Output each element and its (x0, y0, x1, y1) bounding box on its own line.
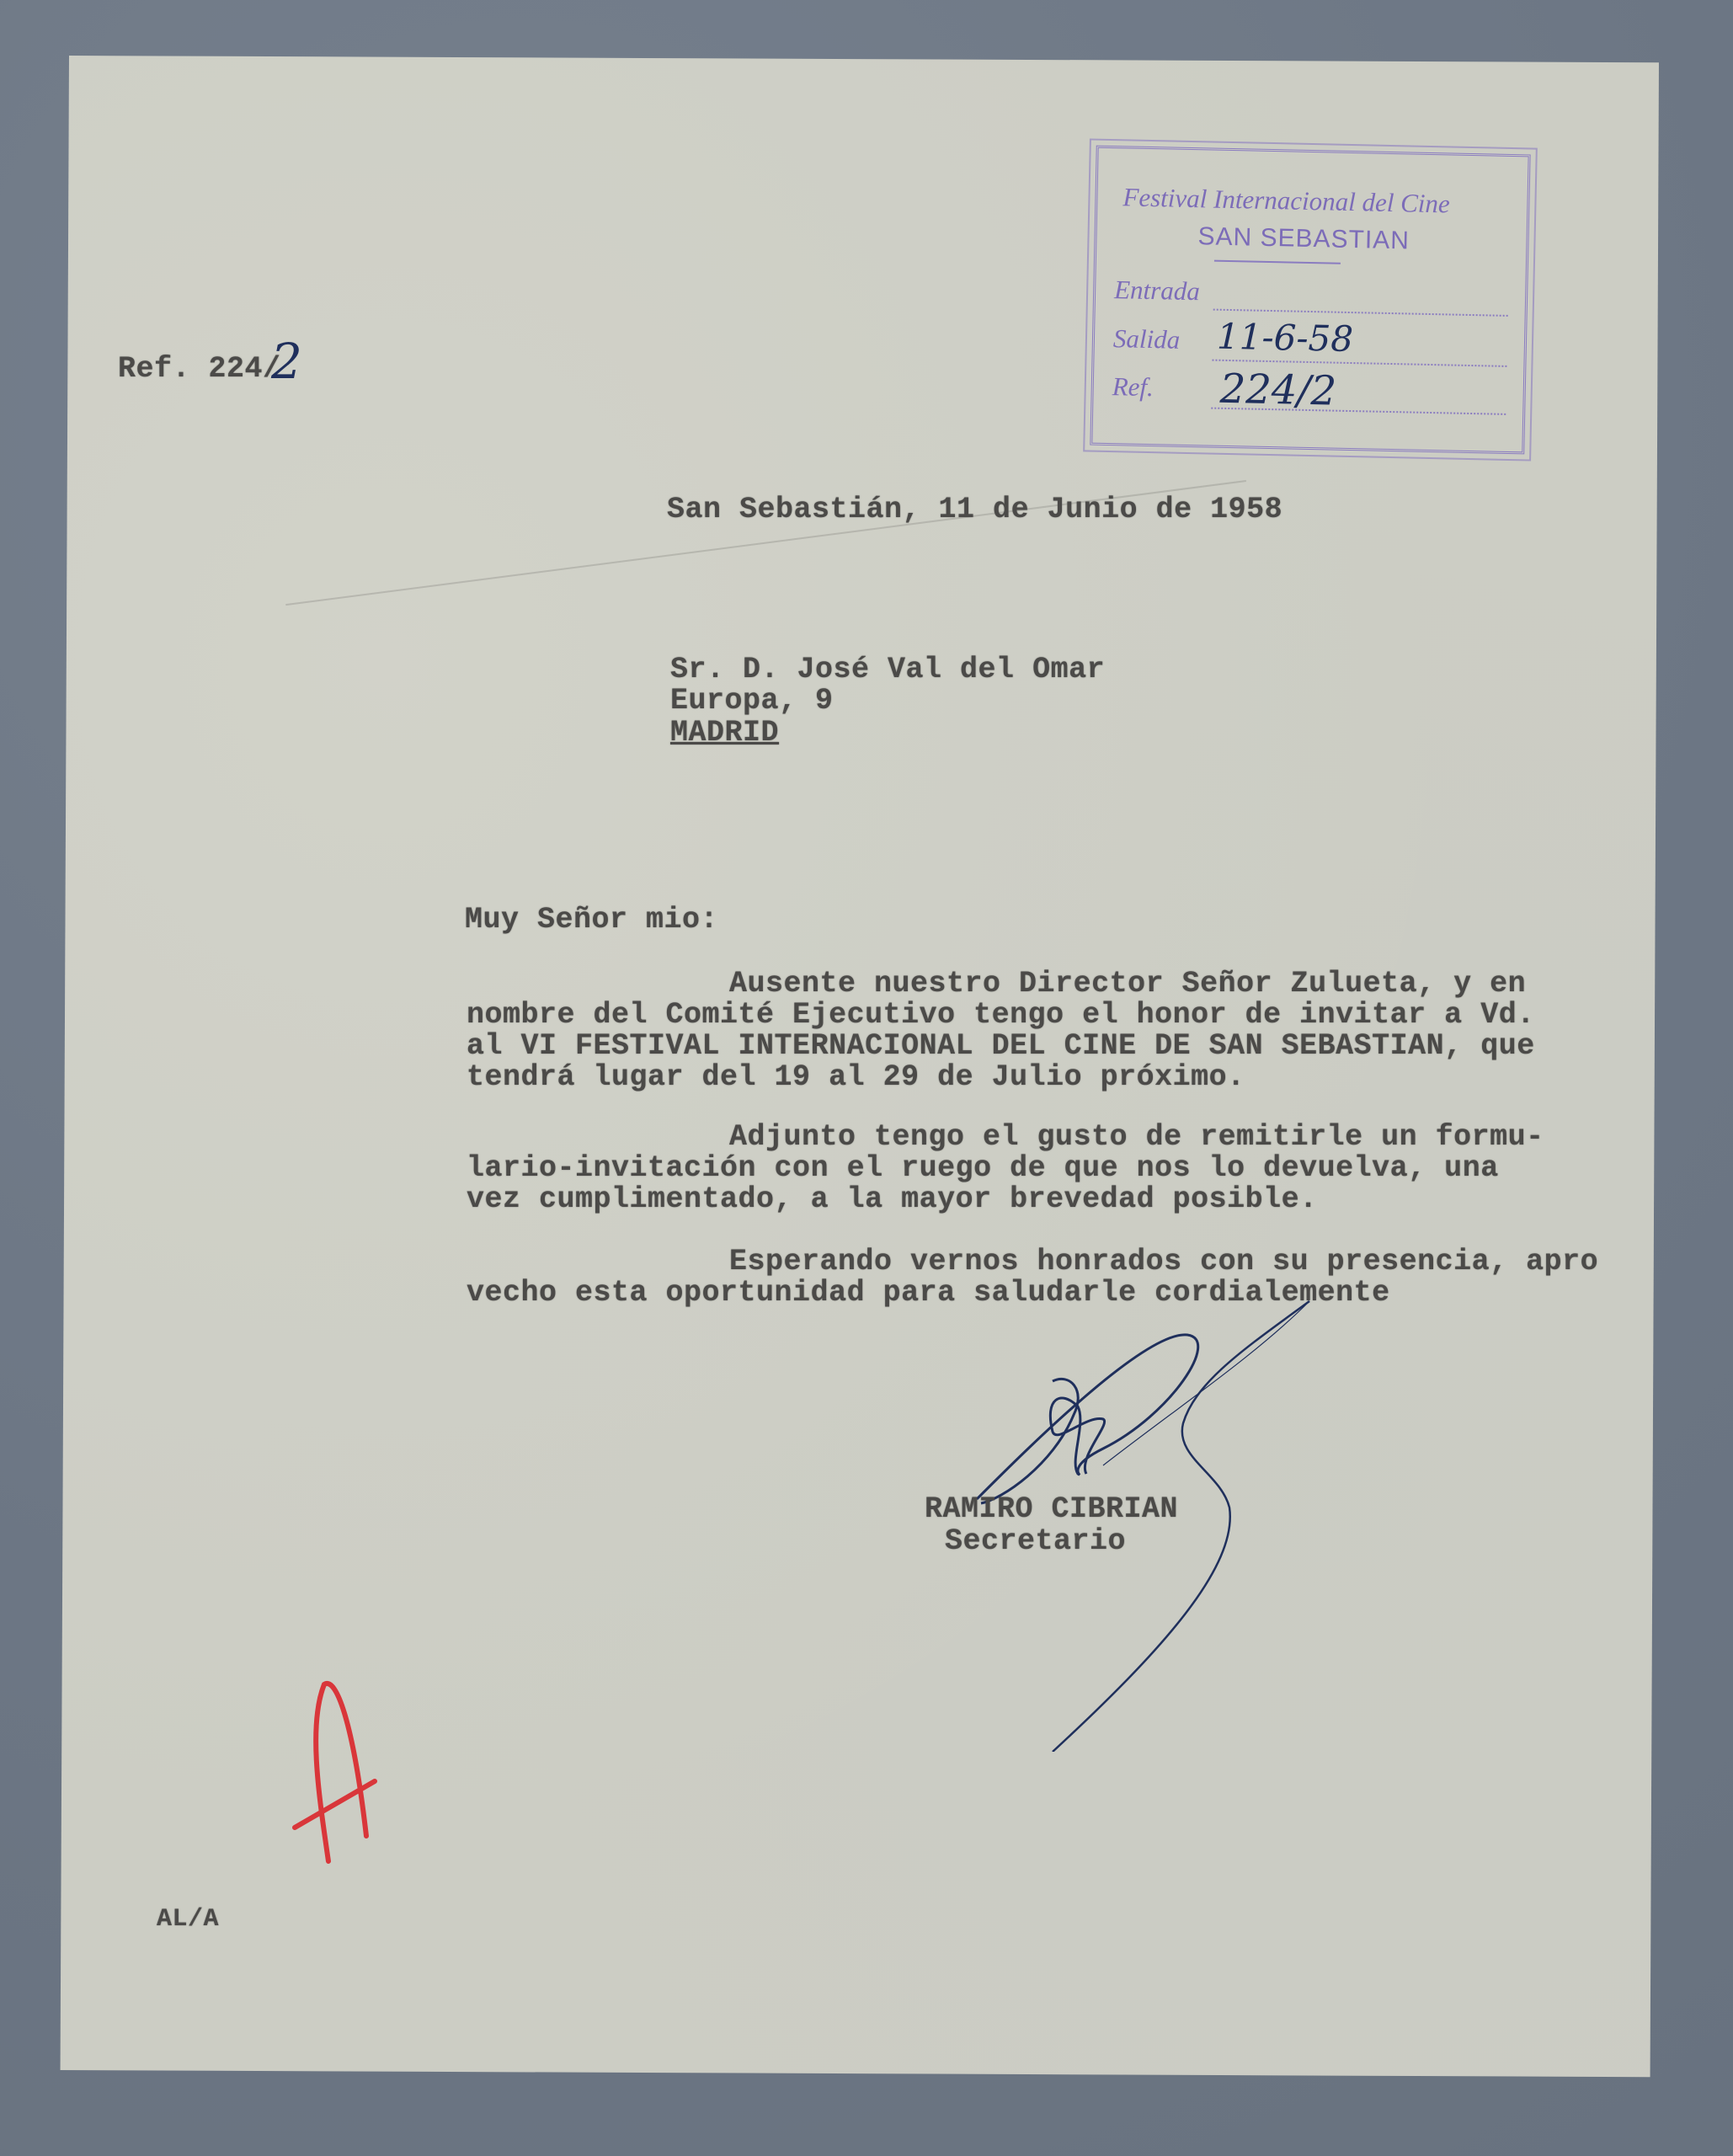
paragraph-2-line-1: Adjunto tengo el gusto de remitirle un f… (729, 1120, 1544, 1154)
stamp-festival-name: Festival Internacional del Cine (1122, 182, 1450, 219)
paragraph-1-line-1: Ausente nuestro Director Señor Zulueta, … (729, 967, 1526, 1001)
reference-number: Ref. 224/ (118, 352, 281, 386)
paragraph-1-line-3: al VI FESTIVAL INTERNACIONAL DEL CINE DE… (467, 1029, 1535, 1063)
recipient-street: Europa, 9 (670, 684, 834, 718)
paragraph-1-line-4: tendrá lugar del 19 al 29 de Julio próxi… (467, 1060, 1245, 1094)
date-line: San Sebastián, 11 de Junio de 1958 (667, 493, 1282, 526)
signatory-title: Secretario (945, 1524, 1126, 1558)
stamp-salida-value: 11-6-58 (1217, 316, 1354, 360)
salutation: Muy Señor mio: (465, 903, 718, 937)
signatory-name: RAMIRO CIBRIAN (925, 1492, 1178, 1526)
paragraph-2-line-2: lario-invitación con el ruego de que nos… (467, 1151, 1499, 1185)
stamp-ref-value: 224/2 (1219, 366, 1336, 415)
stamp-city: SAN SEBASTIAN (1197, 222, 1410, 255)
stamp-divider (1214, 260, 1341, 264)
stamp-entrada-label: Entrada (1114, 275, 1200, 307)
paragraph-2-line-3: vez cumplimentado, a la mayor brevedad p… (467, 1182, 1318, 1216)
recipient-name: Sr. D. José Val del Omar (670, 653, 1105, 686)
typist-initials: AL/A (157, 1905, 219, 1934)
stamp-salida-label: Salida (1113, 323, 1181, 355)
paragraph-3-line-1: Esperando vernos honrados con su presenc… (729, 1245, 1598, 1278)
paragraph-1-line-2: nombre del Comité Ejecutivo tengo el hon… (467, 998, 1535, 1032)
stamp-ref-label: Ref. (1112, 371, 1154, 403)
recipient-city: MADRID (670, 716, 779, 750)
red-pencil-a-mark (286, 1676, 387, 1878)
reference-handwritten-suffix: 2 (271, 333, 302, 390)
stamp-entrada-line (1213, 309, 1508, 317)
registry-stamp: Festival Internacional del Cine SAN SEBA… (1090, 146, 1530, 455)
